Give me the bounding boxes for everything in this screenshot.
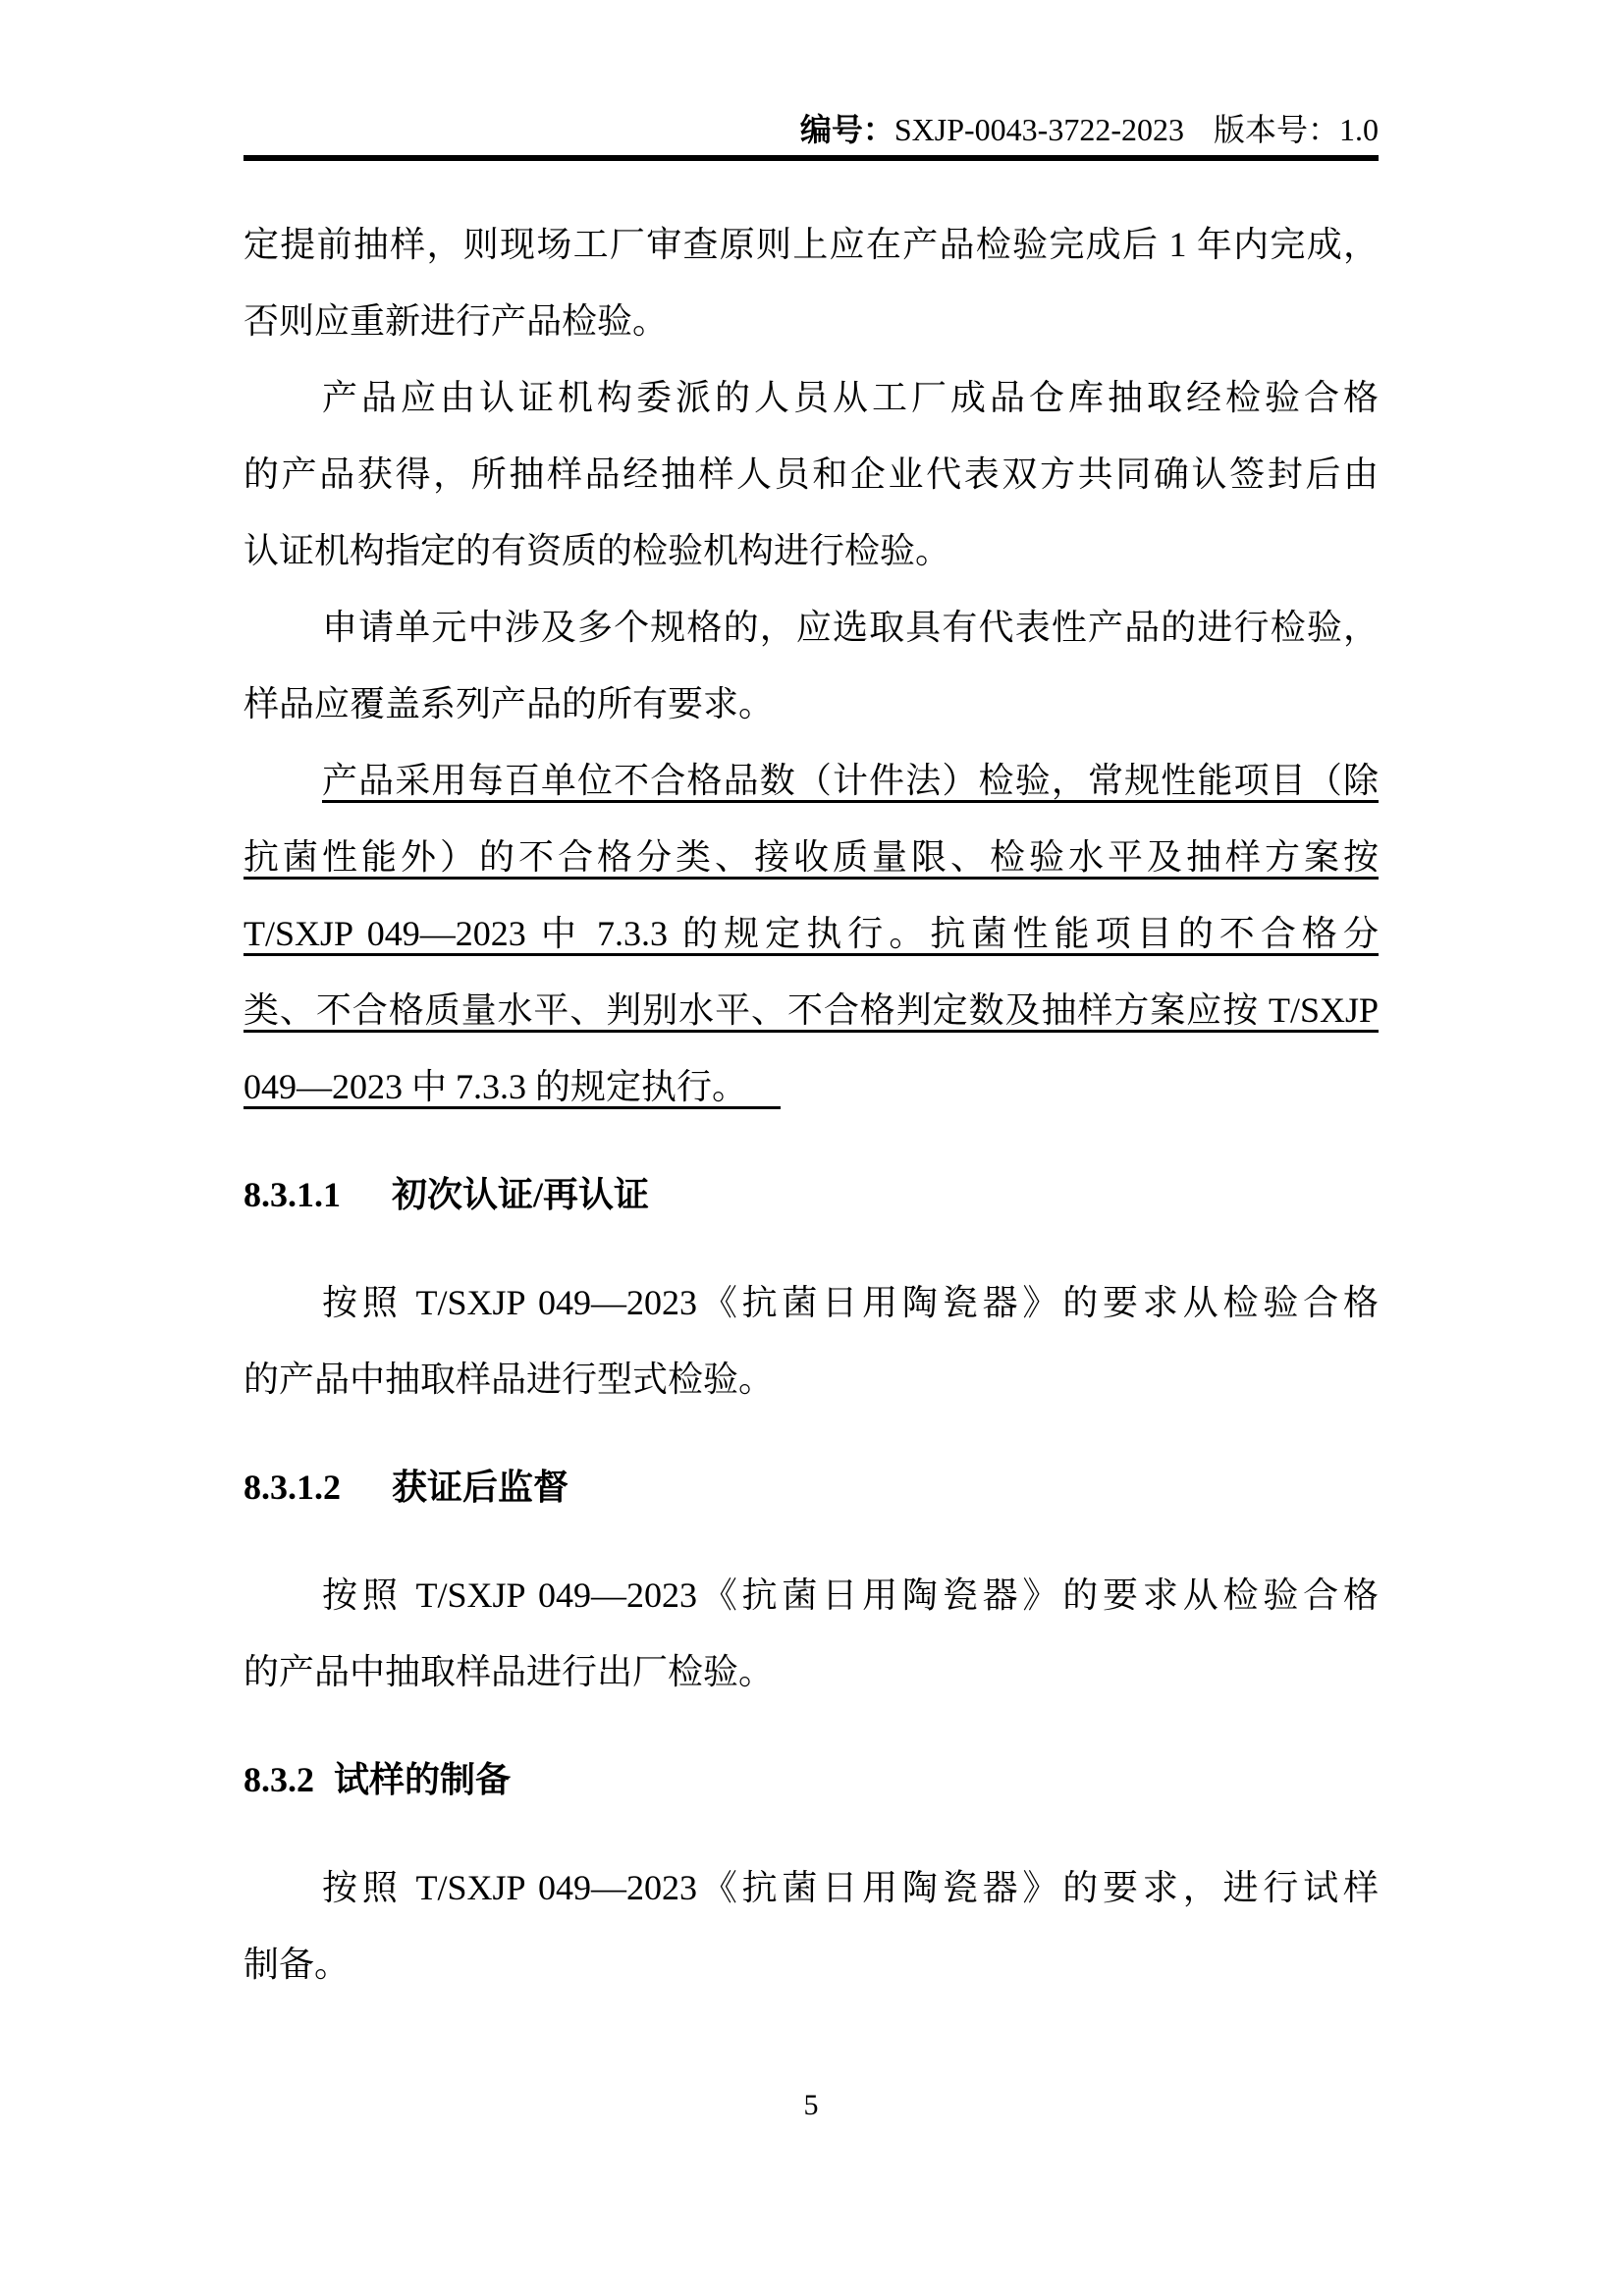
- body-line: 的产品中抽取样品进行出厂检验。: [244, 1633, 1379, 1710]
- body-line: 认证机构指定的有资质的检验机构进行检验。: [244, 512, 1379, 589]
- underlined-text: 类、不合格质量水平、判别水平、不合格判定数及抽样方案应按 T/SXJP: [244, 990, 1379, 1033]
- section-number: 8.3.1.2: [244, 1468, 341, 1507]
- section-number: 8.3.2: [244, 1760, 314, 1799]
- paragraph: 按照 T/SXJP 049—2023《抗菌日用陶瓷器》的要求从检验合格 的产品中…: [244, 1264, 1379, 1417]
- section-heading-8-3-1-1: 8.3.1.1初次认证/再认证: [244, 1156, 1379, 1233]
- paragraph: 按照 T/SXJP 049—2023《抗菌日用陶瓷器》的要求从检验合格 的产品中…: [244, 1557, 1379, 1710]
- underlined-text: T/SXJP 049—2023 中 7.3.3 的规定执行。抗菌性能项目的不合格…: [244, 914, 1379, 956]
- underlined-text: 抗菌性能外）的不合格分类、接收质量限、检验水平及抽样方案按: [244, 837, 1379, 880]
- doc-number-value: SXJP-0043-3722-2023: [894, 112, 1184, 147]
- doc-number-label: 编号：: [800, 112, 894, 147]
- document-page: 编号：SXJP-0043-3722-2023版本号：1.0 定提前抽样，则现场工…: [0, 0, 1624, 2296]
- section-title: 初次认证/再认证: [392, 1175, 649, 1214]
- body-line: 申请单元中涉及多个规格的，应选取具有代表性产品的进行检验，: [244, 589, 1379, 666]
- section-heading-8-3-1-2: 8.3.1.2获证后监督: [244, 1449, 1379, 1525]
- paragraph: 按照 T/SXJP 049—2023《抗菌日用陶瓷器》的要求，进行试样 制备。: [244, 1849, 1379, 2002]
- body-line: 产品采用每百单位不合格品数（计件法）检验，常规性能项目（除: [244, 742, 1379, 819]
- paragraph-underlined: 产品采用每百单位不合格品数（计件法）检验，常规性能项目（除 抗菌性能外）的不合格…: [244, 742, 1379, 1125]
- page-header: 编号：SXJP-0043-3722-2023版本号：1.0: [244, 110, 1379, 149]
- body-line: 的产品获得，所抽样品经抽样人员和企业代表双方共同确认签封后由: [244, 436, 1379, 512]
- section-number: 8.3.1.1: [244, 1175, 341, 1214]
- body-line: 定提前抽样，则现场工厂审查原则上应在产品检验完成后 1 年内完成，: [244, 206, 1379, 283]
- body-line: 按照 T/SXJP 049—2023《抗菌日用陶瓷器》的要求从检验合格: [244, 1264, 1379, 1341]
- page-number: 5: [244, 2067, 1379, 2144]
- version-label: 版本号：: [1214, 112, 1339, 147]
- body-line: 按照 T/SXJP 049—2023《抗菌日用陶瓷器》的要求从检验合格: [244, 1557, 1379, 1633]
- body-line: 的产品中抽取样品进行型式检验。: [244, 1341, 1379, 1417]
- body-line: 样品应覆盖系列产品的所有要求。: [244, 666, 1379, 742]
- header-divider: [244, 155, 1379, 161]
- body-line: 抗菌性能外）的不合格分类、接收质量限、检验水平及抽样方案按: [244, 819, 1379, 895]
- underlined-text: 049—2023 中 7.3.3 的规定执行。: [244, 1067, 781, 1109]
- version-value: 1.0: [1339, 112, 1379, 147]
- body-line: 类、不合格质量水平、判别水平、不合格判定数及抽样方案应按 T/SXJP: [244, 972, 1379, 1048]
- paragraph: 产品应由认证机构委派的人员从工厂成品仓库抽取经检验合格 的产品获得，所抽样品经抽…: [244, 359, 1379, 589]
- body-line: 049—2023 中 7.3.3 的规定执行。: [244, 1048, 1379, 1125]
- body-line: T/SXJP 049—2023 中 7.3.3 的规定执行。抗菌性能项目的不合格…: [244, 895, 1379, 972]
- page-content: 编号：SXJP-0043-3722-2023版本号：1.0 定提前抽样，则现场工…: [244, 0, 1379, 2144]
- paragraph: 定提前抽样，则现场工厂审查原则上应在产品检验完成后 1 年内完成， 否则应重新进…: [244, 206, 1379, 359]
- body-line: 制备。: [244, 1926, 1379, 2002]
- body-line: 产品应由认证机构委派的人员从工厂成品仓库抽取经检验合格: [244, 359, 1379, 436]
- section-title: 试样的制备: [334, 1760, 511, 1799]
- body-line: 按照 T/SXJP 049—2023《抗菌日用陶瓷器》的要求，进行试样: [244, 1849, 1379, 1926]
- body-line: 否则应重新进行产品检验。: [244, 283, 1379, 359]
- section-title: 获证后监督: [392, 1468, 568, 1507]
- underlined-text: 产品采用每百单位不合格品数（计件法）检验，常规性能项目（除: [322, 761, 1379, 803]
- section-heading-8-3-2: 8.3.2试样的制备: [244, 1741, 1379, 1818]
- paragraph: 申请单元中涉及多个规格的，应选取具有代表性产品的进行检验， 样品应覆盖系列产品的…: [244, 589, 1379, 742]
